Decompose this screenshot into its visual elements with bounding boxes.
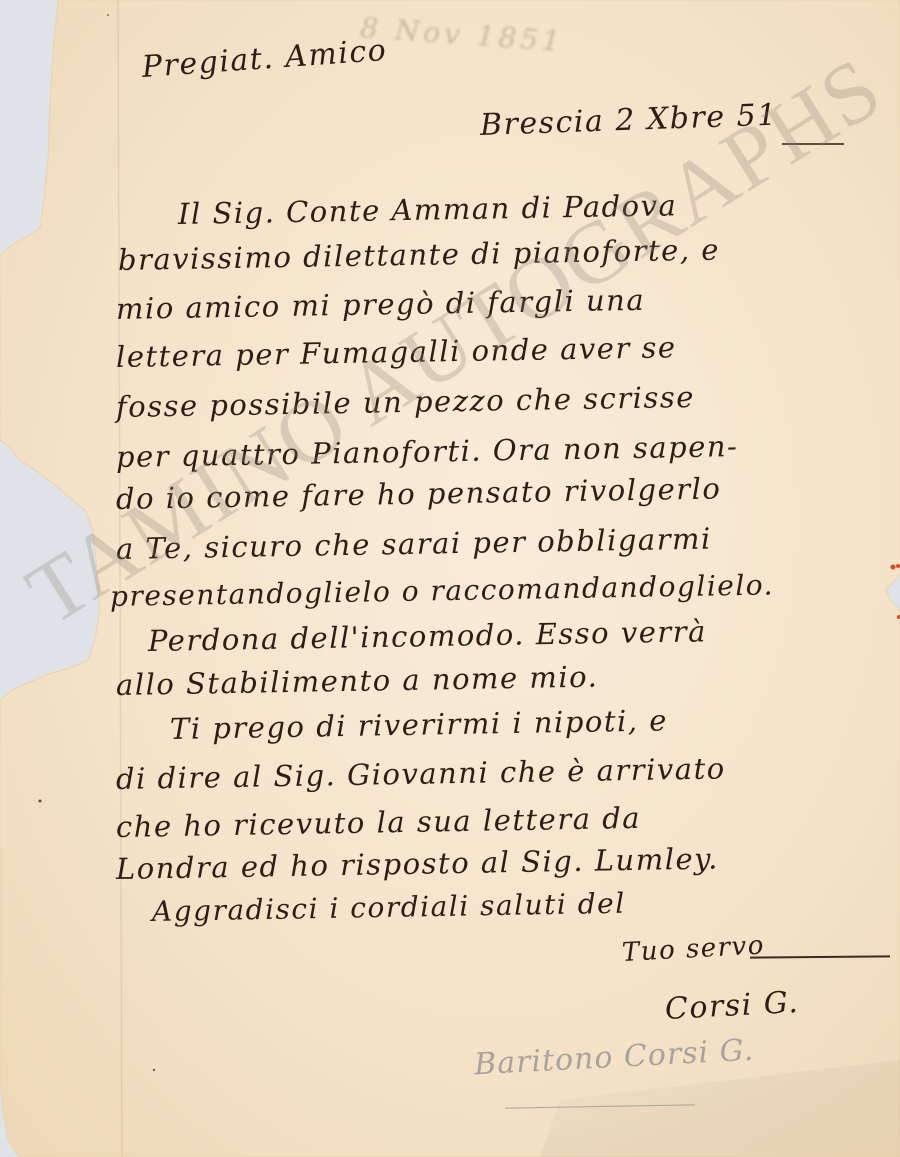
letter-scan: 8 Nov 1851 Pregiat. Amico Brescia 2 Xbre… <box>0 0 900 1157</box>
dateline-underline <box>782 143 844 145</box>
signature: Corsi G. <box>664 985 800 1027</box>
